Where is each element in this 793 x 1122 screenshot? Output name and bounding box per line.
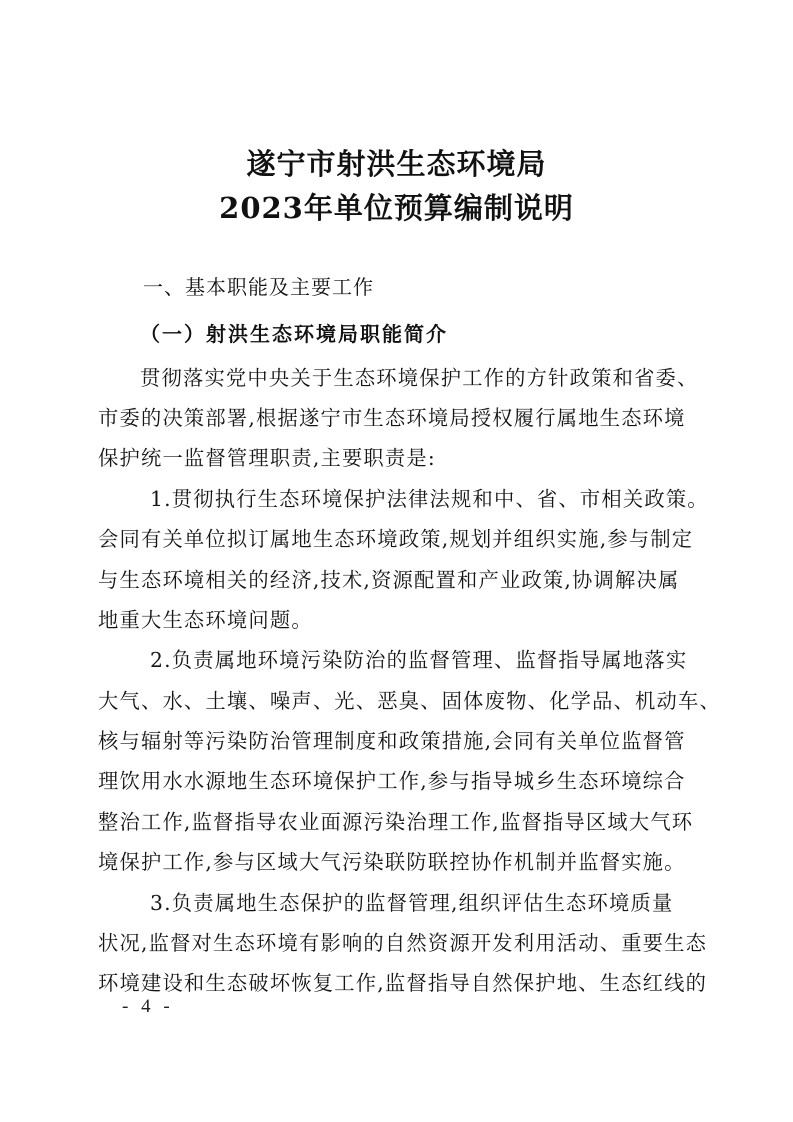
item2-line-4: 理饮用水水源地生态环境保护工作,参与指导城乡生态环境综合 <box>98 765 708 794</box>
item1-line-2: 会同有关单位拟订属地生态环境政策,规划并组织实施,参与制定 <box>98 523 708 552</box>
item1-line-3: 与生态环境相关的经济,技术,资源配置和产业政策,协调解决属 <box>98 564 708 593</box>
document-page: 遂宁市射洪生态环境局 2023年单位预算编制说明 一、基本职能及主要工作 （一）… <box>0 0 793 1122</box>
intro-line-2: 市委的决策部署,根据遂宁市生态环境局授权履行属地生态环境 <box>98 402 708 431</box>
item3-line-2: 状况,监督对生态环境有影响的自然资源开发利用活动、重要生态 <box>98 927 708 956</box>
section-heading-basic-functions: 一、基本职能及主要工作 <box>143 271 374 300</box>
item3-line-3: 环境建设和生态破坏恢复工作,监督指导自然保护地、生态红线的 <box>98 967 708 996</box>
item2-line-6: 境保护工作,参与区域大气污染联防联控协作机制并监督实施。 <box>98 846 708 875</box>
item1-line-4: 地重大生态环境问题。 <box>98 604 708 633</box>
item2-line-2: 大气、水、土壤、噪声、光、恶臭、固体废物、化学品、机动车、 <box>98 685 708 714</box>
item1-line-1: 1.贯彻执行生态环境保护法律法规和中、省、市相关政策。 <box>150 483 760 512</box>
item2-line-1: 2.负责属地环境污染防治的监督管理、监督指导属地落实 <box>150 644 760 673</box>
intro-line-1: 贯彻落实党中央关于生态环境保护工作的方针政策和省委、 <box>140 362 750 391</box>
document-title-line1: 遂宁市射洪生态环境局 <box>0 142 793 183</box>
intro-line-3: 保护统一监督管理职责,主要职责是: <box>98 442 708 471</box>
page-number: - 4 - <box>122 996 174 1018</box>
item3-line-1: 3.负责属地生态保护的监督管理,组织评估生态环境质量 <box>150 887 760 916</box>
item2-line-3: 核与辐射等污染防治管理制度和政策措施,会同有关单位监督管 <box>98 725 708 754</box>
subsection-heading-functions-intro: （一）射洪生态环境局职能简介 <box>140 318 448 347</box>
document-title-line2: 2023年单位预算编制说明 <box>0 186 793 227</box>
item2-line-5: 整治工作,监督指导农业面源污染治理工作,监督指导区域大气环 <box>98 806 708 835</box>
